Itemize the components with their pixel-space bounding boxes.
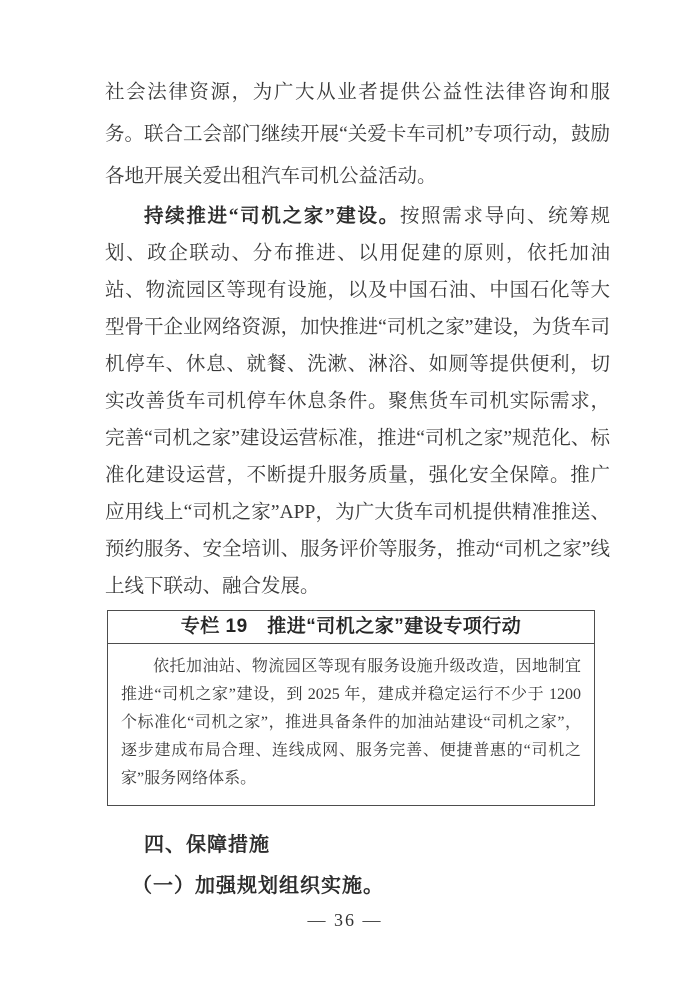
document-page: 社会法律资源，为广大从业者提供公益性法律咨询和服务。联合工会部门继续开展“关爱卡… xyxy=(0,0,700,990)
column-box-body: 依托加油站、物流园区等现有服务设施升级改造，因地制宜推进“司机之家”建设，到 2… xyxy=(108,644,594,805)
section-heading-safeguards: 四、保障措施 xyxy=(144,832,610,858)
paragraph-bold-lead: 持续推进“司机之家”建设。 xyxy=(144,206,400,227)
subsection-heading-planning: （一）加强规划组织实施。 xyxy=(132,873,610,899)
paragraph-body-text: 按照需求导向、统筹规划、政企联动、分布推进、以用促建的原则，依托加油站、物流园区… xyxy=(105,206,610,597)
column-box-title: 专栏 19 推进“司机之家”建设专项行动 xyxy=(108,611,594,644)
paragraph-driver-home: 持续推进“司机之家”建设。按照需求导向、统筹规划、政企联动、分布推进、以用促建的… xyxy=(105,198,610,605)
page-content: 社会法律资源，为广大从业者提供公益性法律咨询和服务。联合工会部门继续开展“关爱卡… xyxy=(105,72,610,899)
paragraph-legal-services: 社会法律资源，为广大从业者提供公益性法律咨询和服务。联合工会部门继续开展“关爱卡… xyxy=(105,72,610,198)
page-number: — 36 — xyxy=(0,908,690,932)
column-box-19: 专栏 19 推进“司机之家”建设专项行动 依托加油站、物流园区等现有服务设施升级… xyxy=(107,610,595,806)
